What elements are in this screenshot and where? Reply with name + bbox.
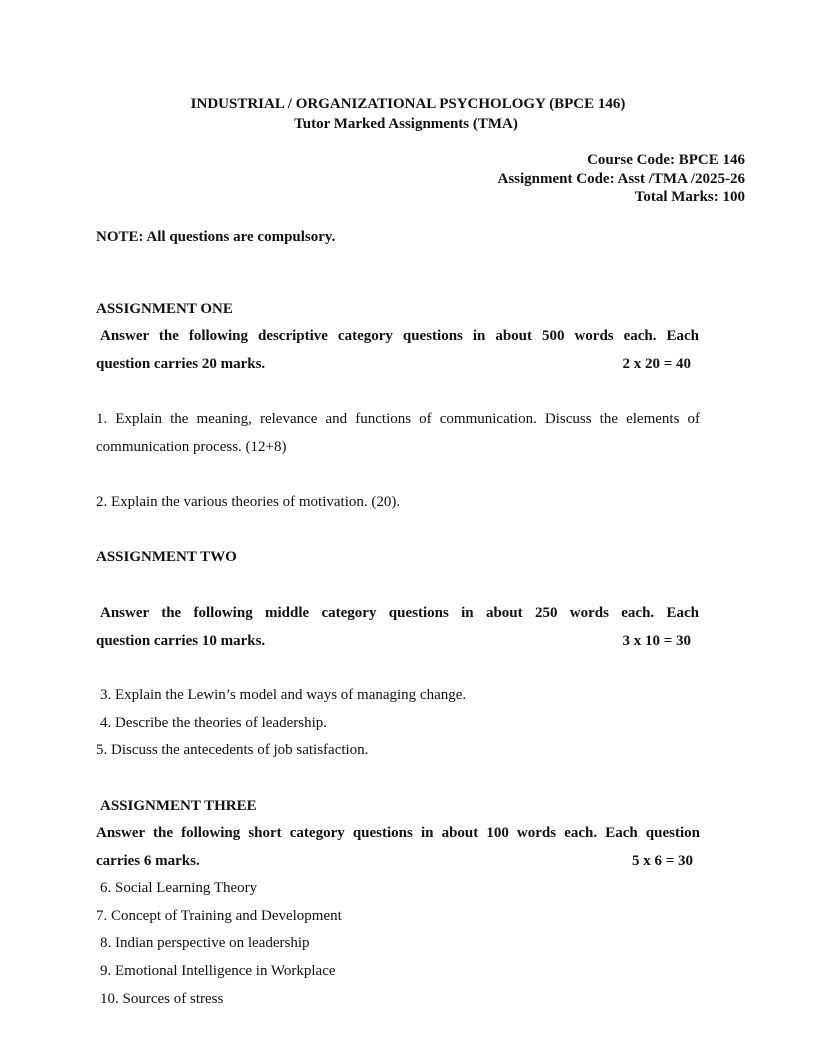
assignment-three-instruction-cont: carries 6 marks. [96,854,200,869]
question-4: 4. Describe the theories of leadership. [100,716,327,731]
question-7: 7. Concept of Training and Development [96,909,342,924]
assignment-three-marks: 5 x 6 = 30 [632,854,693,869]
question-8: 8. Indian perspective on leadership [100,936,310,951]
assignment-two-instruction: Answer the following middle category que… [100,606,699,621]
question-1: 1. Explain the meaning, relevance and fu… [96,412,700,427]
assignment-one-instruction: Answer the following descriptive categor… [100,329,699,344]
total-marks: Total Marks: 100 [635,190,745,205]
question-1-cont: communication process. (12+8) [96,440,287,455]
assignment-one-marks: 2 x 20 = 40 [622,357,691,372]
assignment-one-instruction-cont: question carries 20 marks. [96,357,265,372]
assignment-two-instruction-cont: question carries 10 marks. [96,634,265,649]
note: NOTE: All questions are compulsory. [96,230,335,245]
assignment-three-heading: ASSIGNMENT THREE [100,799,257,814]
question-6: 6. Social Learning Theory [100,881,257,896]
assignment-three-instruction: Answer the following short category ques… [96,826,700,841]
assignment-one-heading: ASSIGNMENT ONE [96,302,233,317]
course-code: Course Code: BPCE 146 [587,153,745,168]
assignment-code: Assignment Code: Asst /TMA /2025-26 [497,172,745,187]
question-10: 10. Sources of stress [100,992,223,1007]
question-2: 2. Explain the various theories of motiv… [96,495,400,510]
assignment-two-marks: 3 x 10 = 30 [622,634,691,649]
question-3: 3. Explain the Lewin’s model and ways of… [100,688,466,703]
question-9: 9. Emotional Intelligence in Workplace [100,964,336,979]
document-subtitle: Tutor Marked Assignments (TMA) [0,117,814,132]
document-title: INDUSTRIAL / ORGANIZATIONAL PSYCHOLOGY (… [0,97,816,112]
question-5: 5. Discuss the antecedents of job satisf… [96,743,368,758]
assignment-two-heading: ASSIGNMENT TWO [96,550,237,565]
